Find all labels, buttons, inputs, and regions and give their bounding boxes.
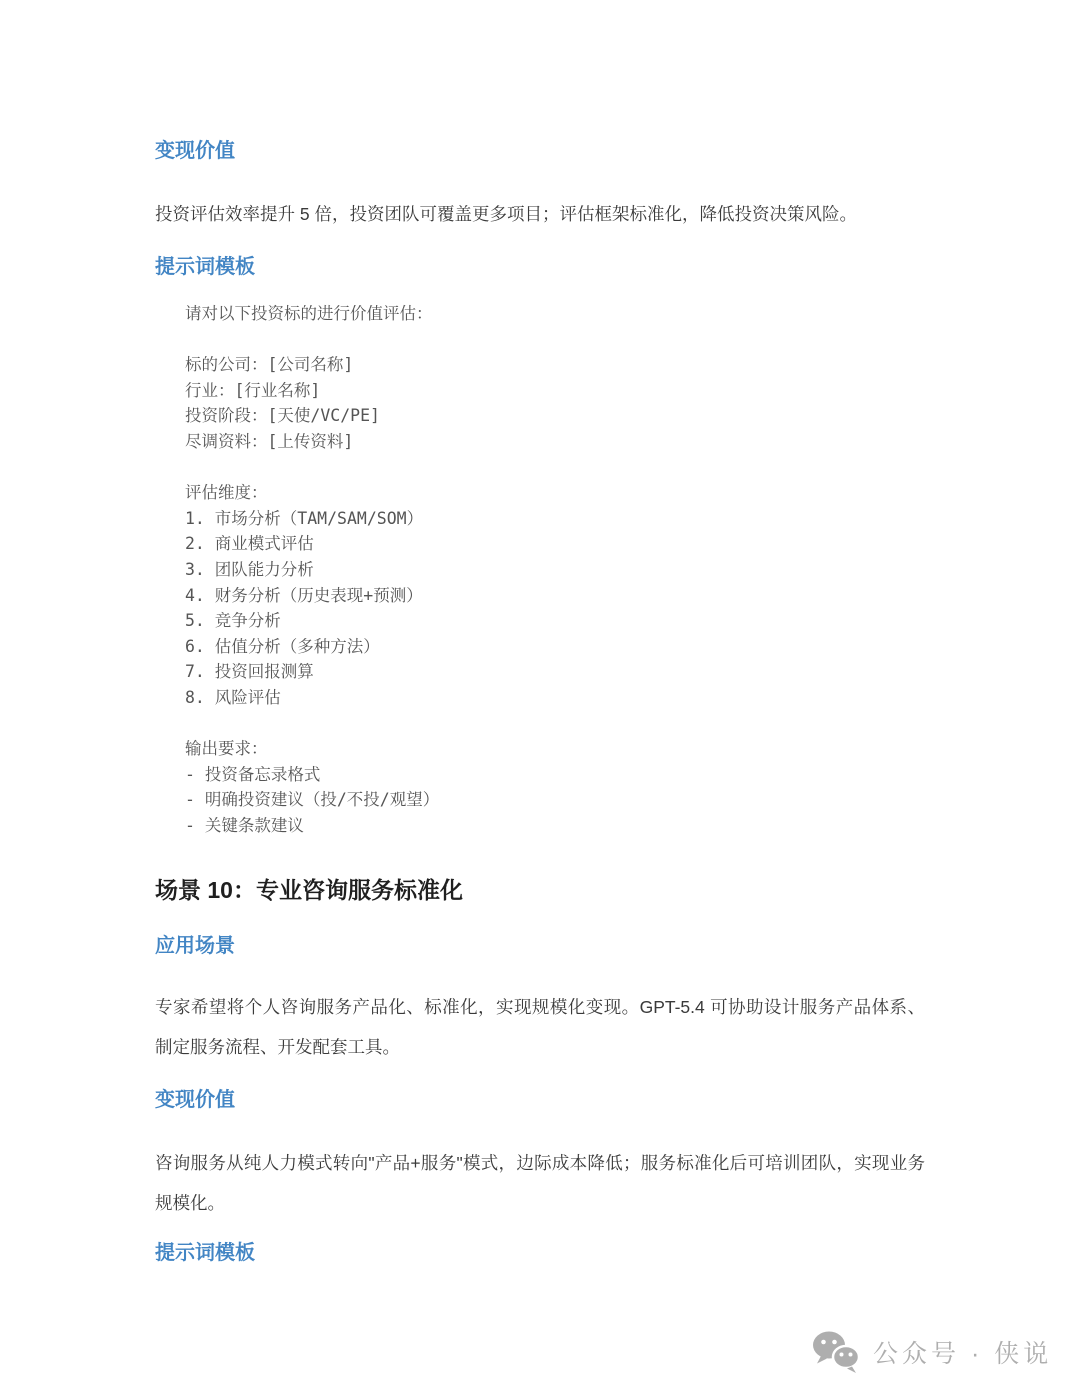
code-line: 1. 市场分析（TAM/SAM/SOM）: [185, 506, 925, 532]
code-line: 8. 风险评估: [185, 685, 925, 711]
code-line: [185, 327, 925, 353]
code-line: [185, 455, 925, 481]
section-heading-prompt-template-2: 提示词模板: [155, 1241, 925, 1265]
wechat-watermark: 公众号 · 侠说: [812, 1330, 1052, 1374]
code-line: 标的公司：[公司名称]: [185, 352, 925, 378]
watermark-text: 公众号 · 侠说: [873, 1334, 1052, 1370]
code-line: 行业：[行业名称]: [185, 378, 925, 404]
document-page: 变现价值 投资评估效率提升 5 倍，投资团队可覆盖更多项目；评估框架标准化，降低…: [0, 0, 1080, 1397]
scene-10-title: 场景 10：专业咨询服务标准化: [155, 876, 925, 904]
application-scene-paragraph: 专家希望将个人咨询服务产品化、标准化，实现规模化变现。GPT-5.4 可协助设计…: [155, 987, 925, 1067]
code-line: - 明确投资建议（投/不投/观望）: [185, 787, 925, 813]
code-line: 4. 财务分析（历史表现+预测）: [185, 583, 925, 609]
monetization-value-paragraph-1: 投资评估效率提升 5 倍，投资团队可覆盖更多项目；评估框架标准化，降低投资决策风…: [155, 194, 925, 234]
prompt-template-code-block: 请对以下投资标的进行价值评估： 标的公司：[公司名称]行业：[行业名称]投资阶段…: [185, 301, 925, 838]
code-line: 7. 投资回报测算: [185, 659, 925, 685]
code-line: 尽调资料：[上传资料]: [185, 429, 925, 455]
code-line: 请对以下投资标的进行价值评估：: [185, 301, 925, 327]
monetization-value-paragraph-2: 咨询服务从纯人力模式转向"产品+服务"模式，边际成本降低；服务标准化后可培训团队…: [155, 1143, 925, 1223]
section-heading-prompt-template-1: 提示词模板: [155, 255, 925, 279]
code-line: 6. 估值分析（多种方法）: [185, 634, 925, 660]
article-content: 变现价值 投资评估效率提升 5 倍，投资团队可覆盖更多项目；评估框架标准化，降低…: [0, 0, 1080, 1265]
code-line: - 关键条款建议: [185, 813, 925, 839]
wechat-icon: [812, 1330, 860, 1374]
section-heading-monetization-value-2: 变现价值: [155, 1088, 925, 1112]
code-line: [185, 711, 925, 737]
code-line: 输出要求：: [185, 736, 925, 762]
code-line: 评估维度：: [185, 480, 925, 506]
section-heading-monetization-value-1: 变现价值: [155, 139, 925, 163]
section-heading-application-scene: 应用场景: [155, 934, 925, 958]
code-line: 2. 商业模式评估: [185, 531, 925, 557]
code-line: 5. 竞争分析: [185, 608, 925, 634]
code-line: 3. 团队能力分析: [185, 557, 925, 583]
code-line: - 投资备忘录格式: [185, 762, 925, 788]
code-line: 投资阶段：[天使/VC/PE]: [185, 403, 925, 429]
